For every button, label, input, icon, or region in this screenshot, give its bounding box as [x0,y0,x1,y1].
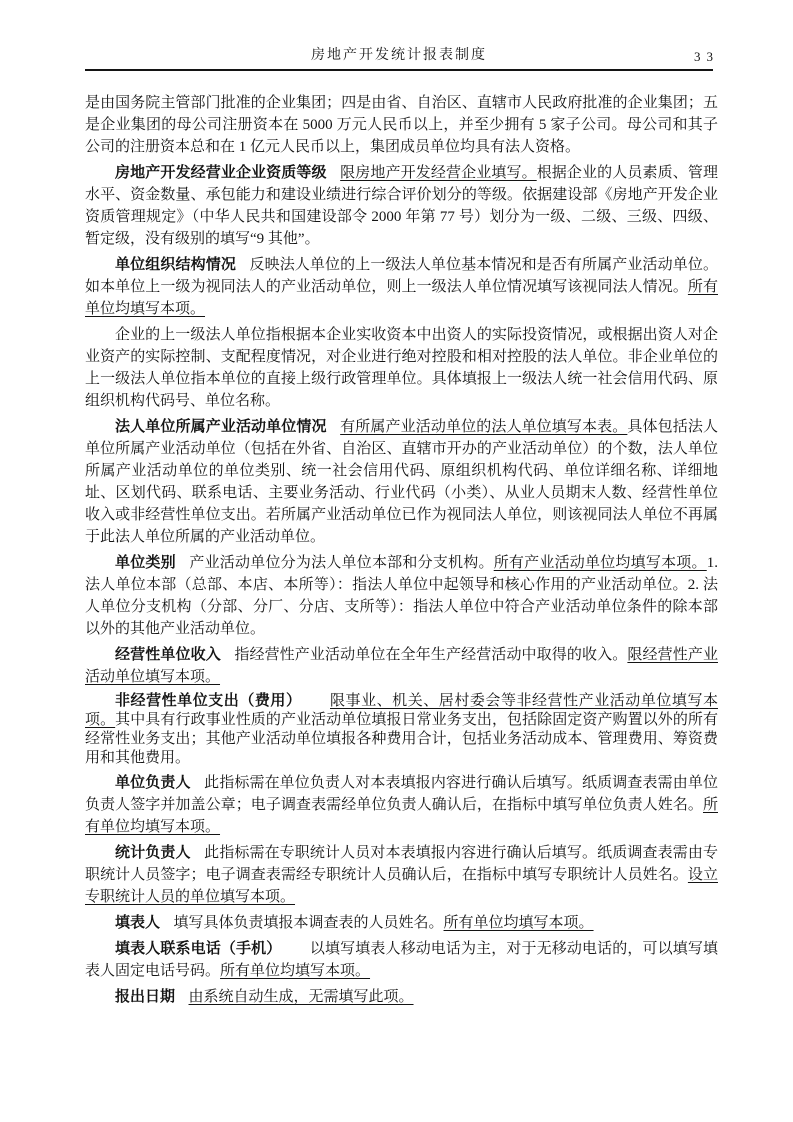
term-label: 法人单位所属产业活动单位情况 [115,419,327,435]
paragraph-4: 企业的上一级法人单位指根据本企业实收资本中出资人的实际投资情况，或根据出资人对企… [85,324,718,412]
term-label: 单位组织结构情况 [115,257,236,273]
paragraph-9: 单位负责人此指标需在单位负责人对本表填报内容进行确认后填写。纸质调查表需由单位负… [85,772,718,838]
header-rule [85,69,713,71]
body-text-run: 企业的上一级法人单位指根据本企业实收资本中出资人的实际投资情况，或根据出资人对企… [85,327,718,409]
underlined-note: 所有单位均填写本项。 [444,915,594,931]
paragraph-13: 报出日期由系统自动生成，无需填写此项。 [85,986,718,1008]
paragraph-3: 单位组织结构情况反映法人单位的上一级法人单位基本情况和是否有所属产业活动单位。如… [85,254,718,320]
page-header: 房地产开发统计报表制度 33 [85,47,713,71]
document-page: 房地产开发统计报表制度 33 是由国务院主管部门批准的企业集团；四是由省、自治区… [0,0,793,1122]
paragraph-8: 非经营性单位支出（费用）限事业、机关、居村委会等非经营性产业活动单位填写本项。其… [85,692,718,768]
body-text-run: 填写具体负责填报本调查表的人员姓名。 [174,915,444,931]
paragraph-1: 是由国务院主管部门批准的企业集团；四是由省、自治区、直辖市人民政府批准的企业集团… [85,92,718,158]
paragraph-2: 房地产开发经营业企业资质等级限房地产开发经营企业填写。根据企业的人员素质、管理水… [85,162,718,250]
underlined-note: 有所属产业活动单位的法人单位填写本表。 [340,419,627,435]
term-label: 填表人联系电话（手机） [115,941,281,957]
underlined-note: 所有单位均填写本项。 [220,963,370,979]
body-text-run: 指经营性产业活动单位在全年生产经营活动中取得的收入。 [234,647,627,663]
document-body: 是由国务院主管部门批准的企业集团；四是由省、自治区、直辖市人民政府批准的企业集团… [85,92,718,1012]
term-label: 统计负责人 [115,845,191,861]
term-label: 经营性单位收入 [115,647,221,663]
underlined-note: 所有产业活动单位均填写本项。 [494,555,707,571]
term-label: 单位类别 [115,555,176,571]
body-text-run: 其中具有行政事业性质的产业活动单位填报日常业务支出，包括除固定资产购置以外的所有… [85,712,718,766]
body-text-run: 是由国务院主管部门批准的企业集团；四是由省、自治区、直辖市人民政府批准的企业集团… [85,95,718,155]
term-label: 单位负责人 [115,775,191,791]
term-label: 房地产开发经营业企业资质等级 [115,165,327,181]
page-number: 33 [694,49,719,65]
body-text-run: 具体包括法人单位所属产业活动单位（包括在外省、自治区、直辖市开办的产业活动单位）… [85,419,718,545]
body-text-run: 产业活动单位分为法人单位本部和分支机构。 [189,555,493,571]
term-label: 填表人 [115,915,160,931]
underlined-note: 由系统自动生成，无需填写此项。 [189,989,414,1005]
paragraph-6: 单位类别产业活动单位分为法人单位本部和分支机构。所有产业活动单位均填写本项。1.… [85,552,718,640]
page-header-title: 房地产开发统计报表制度 [85,47,713,64]
paragraph-7: 经营性单位收入指经营性产业活动单位在全年生产经营活动中取得的收入。限经营性产业活… [85,644,718,688]
paragraph-10: 统计负责人此指标需在专职统计人员对本表填报内容进行确认后填写。纸质调查表需由专职… [85,842,718,908]
paragraph-12: 填表人联系电话（手机）以填写填表人移动电话为主，对于无移动电话的，可以填写填表人… [85,938,718,982]
underlined-note: 限房地产开发经营企业填写。 [340,165,537,181]
paragraph-11: 填表人填写具体负责填报本调查表的人员姓名。所有单位均填写本项。 [85,912,718,934]
term-label: 非经营性单位支出（费用） [115,693,302,709]
paragraph-5: 法人单位所属产业活动单位情况有所属产业活动单位的法人单位填写本表。具体包括法人单… [85,416,718,548]
term-label: 报出日期 [115,989,175,1005]
